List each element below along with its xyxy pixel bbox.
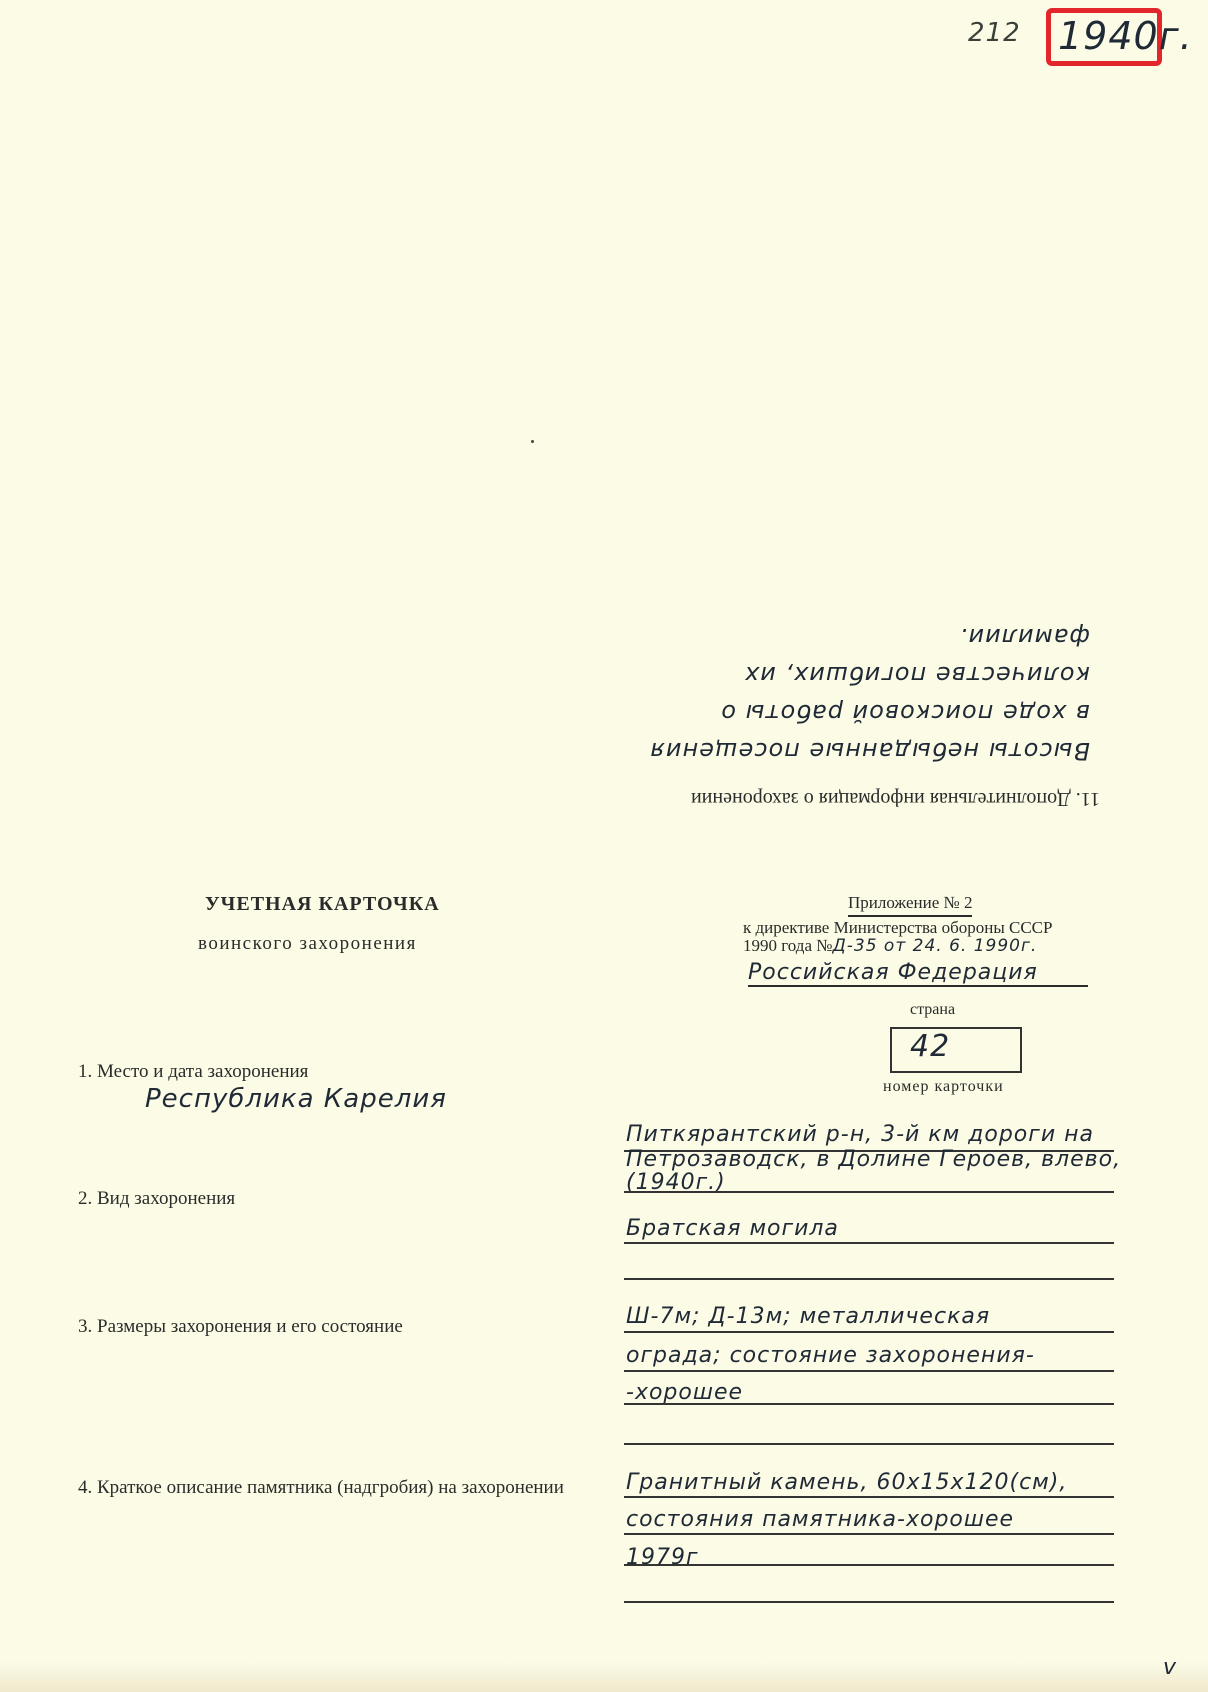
directive-print: 1990 года № — [743, 936, 832, 955]
field-4-label: 4. Краткое описание памятника (надгробия… — [78, 1478, 578, 1498]
rule — [624, 1370, 1114, 1372]
field-3-label: 3. Размеры захоронения и его состояние — [78, 1316, 403, 1338]
card-number: 42 — [910, 1029, 950, 1064]
card-title: УЧЕТНАЯ КАРТОЧКА — [205, 893, 440, 916]
directive-handwritten: Д-35 от 24. 6. 1990г. — [832, 936, 1037, 956]
stray-mark — [531, 440, 534, 443]
monument-line-3: 1979г — [626, 1545, 699, 1570]
monument-line-2: состояния памятника-хорошее — [626, 1507, 1014, 1532]
card-subtitle: воинского захоронения — [198, 933, 417, 955]
burial-type-line-1: Братская могила — [626, 1216, 839, 1241]
appendix-label: Приложение № 2 — [848, 893, 972, 917]
size-line-1: Ш-7м; Д-13м; металлическая — [626, 1304, 990, 1329]
rule — [624, 1443, 1114, 1445]
archive-number: 212 — [968, 18, 1021, 48]
rule — [624, 1403, 1114, 1405]
rule — [624, 1496, 1114, 1498]
section-11-title: 11. Дополнительная информация о захороне… — [691, 787, 1100, 810]
rule — [624, 1278, 1114, 1280]
rule — [624, 1601, 1114, 1603]
directive-line-2: 1990 года №Д-35 от 24. 6. 1990г. — [743, 936, 1037, 956]
paper-edge — [0, 1662, 1208, 1692]
size-line-3: -хорошее — [626, 1380, 743, 1405]
directive-line-1: к директиве Министерства обороны СССР — [743, 918, 1052, 938]
check-mark: v — [1163, 1655, 1177, 1680]
rule — [624, 1533, 1114, 1535]
field-2-label: 2. Вид захоронения — [78, 1188, 235, 1210]
size-line-2: ограда; состояние захоронения- — [626, 1343, 1035, 1368]
section-11-upside-down: 11. Дополнительная информация о захороне… — [440, 590, 1130, 810]
rule — [624, 1331, 1114, 1333]
country-label: страна — [910, 1001, 955, 1019]
rule — [624, 1191, 1114, 1193]
location-line-1: Питкярантский р-н, 3-й км дороги на — [626, 1122, 1094, 1147]
monument-line-1: Гранитный камень, 60х15х120(см), — [626, 1470, 1067, 1495]
card-number-label: номер карточки — [883, 1078, 1004, 1096]
field-1-label: 1. Место и дата захоронения — [78, 1061, 308, 1083]
year-stamp: 1940г. — [1058, 14, 1193, 58]
section-11-text: Высоты небыданные посещения в ходе поиск… — [630, 618, 1090, 770]
rule — [624, 1564, 1114, 1566]
location-line-2: Петрозаводск, в Долине Героев, влево, — [626, 1147, 1121, 1172]
rule — [624, 1242, 1114, 1244]
field-1-value: Республика Карелия — [145, 1084, 447, 1114]
country-value: Российская Федерация — [748, 960, 1088, 987]
